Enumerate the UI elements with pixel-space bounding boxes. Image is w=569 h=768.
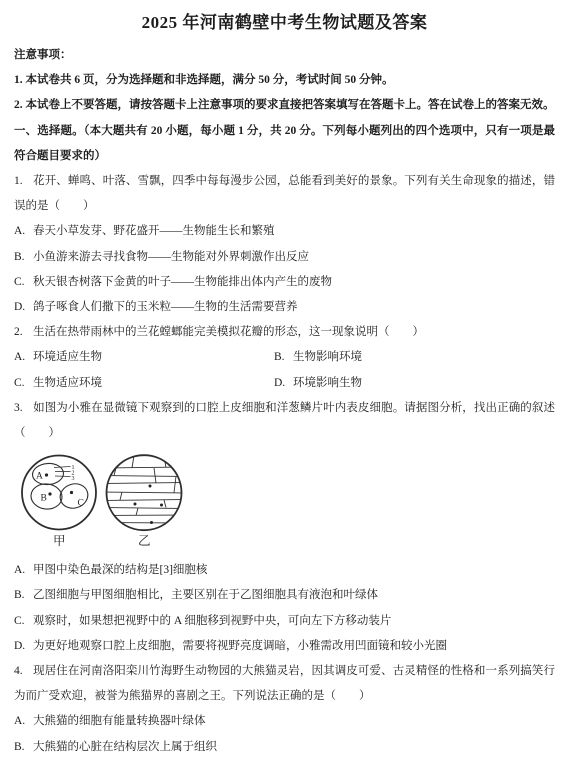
- option-text: 春天小草发芽、野花盛开——生物能生长和繁殖: [33, 225, 275, 237]
- onion-nucleus-dot-1: [149, 485, 152, 488]
- option-label-a: A.: [14, 345, 33, 370]
- pointer-label-3: 3: [72, 476, 75, 482]
- option-label-d: D.: [274, 371, 293, 396]
- cell-b-label: B: [41, 494, 47, 504]
- question-3-option-b: B.乙图细胞与甲图细胞相比，主要区别在于乙图细胞具有液泡和叶绿体: [14, 583, 555, 608]
- option-label-a: A.: [14, 709, 33, 734]
- question-3-number: 3.: [14, 396, 33, 421]
- section-heading: 一、选择题。（本大题共有 20 小题，每小题 1 分，共 20 分。下列每小题列…: [14, 119, 555, 169]
- option-label-c: C.: [14, 609, 33, 634]
- notice-heading: 注意事项：: [14, 43, 555, 68]
- question-2-option-c: C.生物适应环境: [14, 371, 274, 396]
- notice-item-2: 2. 本试卷上不要答题，请按答题卡上注意事项的要求直接把答案填写在答题卡上。答在…: [14, 93, 555, 118]
- question-2: 2.生活在热带雨林中的兰花螳螂能完美模拟花瓣的形态，这一现象说明（ ） A.环境…: [14, 320, 555, 396]
- question-1-option-c: C.秋天银杏树落下金黄的叶子——生物能排出体内产生的废物: [14, 270, 555, 295]
- caption-yi: 乙: [138, 534, 151, 548]
- option-label-d: D.: [14, 295, 33, 320]
- question-3-option-a: A.甲图中染色最深的结构是[3]细胞核: [14, 558, 555, 583]
- option-label-b: B.: [14, 245, 33, 270]
- option-label-d: D.: [14, 634, 33, 659]
- question-3-text: 3.如图为小雅在显微镜下观察到的口腔上皮细胞和洋葱鳞片叶内表皮细胞。请据图分析，…: [14, 396, 555, 446]
- option-text: 大熊猫的心脏在结构层次上属于组织: [33, 741, 217, 753]
- question-1-number: 1.: [14, 169, 33, 194]
- question-1-option-b: B.小鱼游来游去寻找食物——生物能对外界刺激作出反应: [14, 245, 555, 270]
- option-text: 环境适应生物: [33, 351, 102, 363]
- question-2-text: 2.生活在热带雨林中的兰花螳螂能完美模拟花瓣的形态，这一现象说明（ ）: [14, 320, 555, 345]
- option-text: 生物影响环境: [293, 351, 362, 363]
- cell-a-nucleus-dot: [45, 474, 48, 477]
- pointer-line-1: [54, 467, 71, 468]
- option-text: 大熊猫的细胞有能量转换器叶绿体: [33, 715, 206, 727]
- onion-nucleus-dot-2: [134, 503, 137, 506]
- cell-a-label: A: [36, 472, 43, 482]
- cell-c-nucleus-dot: [70, 491, 73, 494]
- cell-c-label: C: [78, 499, 84, 509]
- question-4-number: 4.: [14, 659, 33, 684]
- option-text: 甲图中染色最深的结构是[3]细胞核: [33, 564, 207, 576]
- cell-b-nucleus-dot: [48, 493, 51, 496]
- question-1: 1.花开、蝉鸣、叶落、雪飘，四季中每每漫步公园，总能看到美好的景象。下列有关生命…: [14, 169, 555, 320]
- notice-item-1: 1. 本试卷共 6 页，分为选择题和非选择题，满分 50 分，考试时间 50 分…: [14, 68, 555, 93]
- option-text: 乙图细胞与甲图细胞相比，主要区别在于乙图细胞具有液泡和叶绿体: [33, 589, 378, 601]
- option-text: 秋天银杏树落下金黄的叶子——生物能排出体内产生的废物: [33, 276, 332, 288]
- question-1-text: 1.花开、蝉鸣、叶落、雪飘，四季中每每漫步公园，总能看到美好的景象。下列有关生命…: [14, 169, 555, 219]
- option-text: 鸽子啄食人们撒下的玉米粒——生物的生活需要营养: [33, 301, 298, 313]
- question-2-option-row-1: A.环境适应生物 B.生物影响环境: [14, 345, 555, 370]
- question-4-text: 4.现居住在河南洛阳栾川竹海野生动物园的大熊猫灵岩，因其调皮可爱、古灵精怪的性格…: [14, 659, 555, 709]
- question-2-number: 2.: [14, 320, 33, 345]
- question-4-option-b: B.大熊猫的心脏在结构层次上属于组织: [14, 735, 555, 760]
- pointer-line-3: [55, 476, 71, 477]
- question-2-option-a: A.环境适应生物: [14, 345, 274, 370]
- option-label-a: A.: [14, 219, 33, 244]
- question-1-option-a: A.春天小草发芽、野花盛开——生物能生长和繁殖: [14, 219, 555, 244]
- option-label-c: C.: [14, 371, 33, 396]
- page-title: 2025 年河南鹤壁中考生物试题及答案: [14, 12, 555, 34]
- option-label-b: B.: [14, 735, 33, 760]
- question-3-option-c: C.观察时，如果想把视野中的 A 细胞移到视野中央，可向左下方移动装片: [14, 609, 555, 634]
- option-text: 环境影响生物: [293, 377, 362, 389]
- question-2-option-b: B.生物影响环境: [274, 345, 362, 370]
- question-2-option-d: D.环境影响生物: [274, 371, 362, 396]
- option-text: 小鱼游来游去寻找食物——生物能对外界刺激作出反应: [33, 251, 309, 263]
- option-text: 观察时，如果想把视野中的 A 细胞移到视野中央，可向左下方移动装片: [33, 615, 391, 627]
- onion-nucleus-dot-3: [160, 504, 163, 507]
- option-label-c: C.: [14, 270, 33, 295]
- exam-document: 2025 年河南鹤壁中考生物试题及答案 注意事项： 1. 本试卷共 6 页，分为…: [0, 0, 569, 768]
- option-label-b: B.: [274, 345, 293, 370]
- question-3-option-d: D.为更好地观察口腔上皮细胞，需要将视野亮度调暗，小雅需改用凹面镜和较小光圈: [14, 634, 555, 659]
- option-text: 生物适应环境: [33, 377, 102, 389]
- option-text: 为更好地观察口腔上皮细胞，需要将视野亮度调暗，小雅需改用凹面镜和较小光圈: [33, 640, 447, 652]
- microscope-fields-svg: A B C 1 2 3 甲: [14, 449, 214, 549]
- onion-nucleus-dot-4: [150, 521, 153, 524]
- question-4: 4.现居住在河南洛阳栾川竹海野生动物园的大熊猫灵岩，因其调皮可爱、古灵精怪的性格…: [14, 659, 555, 760]
- option-label-a: A.: [14, 558, 33, 583]
- question-1-option-d: D.鸽子啄食人们撒下的玉米粒——生物的生活需要营养: [14, 295, 555, 320]
- onion-cell-walls: [104, 456, 184, 524]
- caption-jia: 甲: [53, 534, 66, 548]
- question-3: 3.如图为小雅在显微镜下观察到的口腔上皮细胞和洋葱鳞片叶内表皮细胞。请据图分析，…: [14, 396, 555, 659]
- question-4-option-a: A.大熊猫的细胞有能量转换器叶绿体: [14, 709, 555, 734]
- microscope-figure: A B C 1 2 3 甲: [14, 449, 555, 549]
- option-label-b: B.: [14, 583, 33, 608]
- question-2-option-row-2: C.生物适应环境 D.环境影响生物: [14, 371, 555, 396]
